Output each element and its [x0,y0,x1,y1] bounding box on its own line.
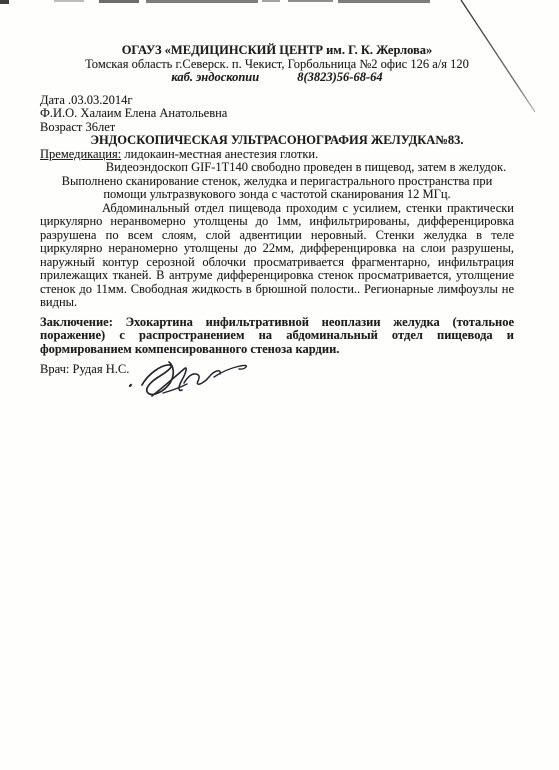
procedure-paragraph: Видеоэндоскоп GIF-1T140 свободно проведе… [40,161,514,202]
doctor-signature [118,352,258,404]
scan-artifact-dash [0,0,9,4]
clinic-header: ОГАУЗ «МЕДИЦИНСКИЙ ЦЕНТР им. Г. К. Жерло… [40,44,514,85]
report-title: ЭНДОСКОПИЧЕСКАЯ УЛЬТРАСОНОГРАФИЯ ЖЕЛУДКА… [40,134,514,148]
conclusion-label: Заключение: [40,315,113,329]
endoscopy-cabinet-label: каб. эндоскопии [171,70,259,84]
patient-name: Ф.И.О. Халаим Елена Анатольевна [40,107,514,121]
conclusion-paragraph: Заключение: Эхокартина инфильтративной н… [40,316,514,357]
patient-info-block: Дата .03.03.2014г Ф.И.О. Халаим Елена Ан… [40,94,514,135]
premedication-text: лидокаин-местная анестезия глотки. [121,147,318,161]
findings-paragraph: Абдоминальный отдел пищевода проходим с … [40,202,514,310]
exam-date: Дата .03.03.2014г [40,94,514,108]
clinic-name: ОГАУЗ «МЕДИЦИНСКИЙ ЦЕНТР им. Г. К. Жерло… [40,44,514,58]
clinic-address: Томская область г.Северск. п. Чекист, Го… [40,58,514,72]
patient-age: Возраст 36лет [40,121,514,135]
doctor-line: Врач: Рудая Н.С. [40,363,514,377]
premedication-line: Премедикация: лидокаин-местная анестезия… [40,148,514,162]
document-page: ОГАУЗ «МЕДИЦИНСКИЙ ЦЕНТР им. Г. К. Жерло… [0,0,559,770]
phone-number: 8(3823)56-68-64 [297,70,382,84]
clinic-contact-line: каб. эндоскопии8(3823)56-68-64 [40,71,514,85]
premedication-label: Премедикация: [40,147,121,161]
